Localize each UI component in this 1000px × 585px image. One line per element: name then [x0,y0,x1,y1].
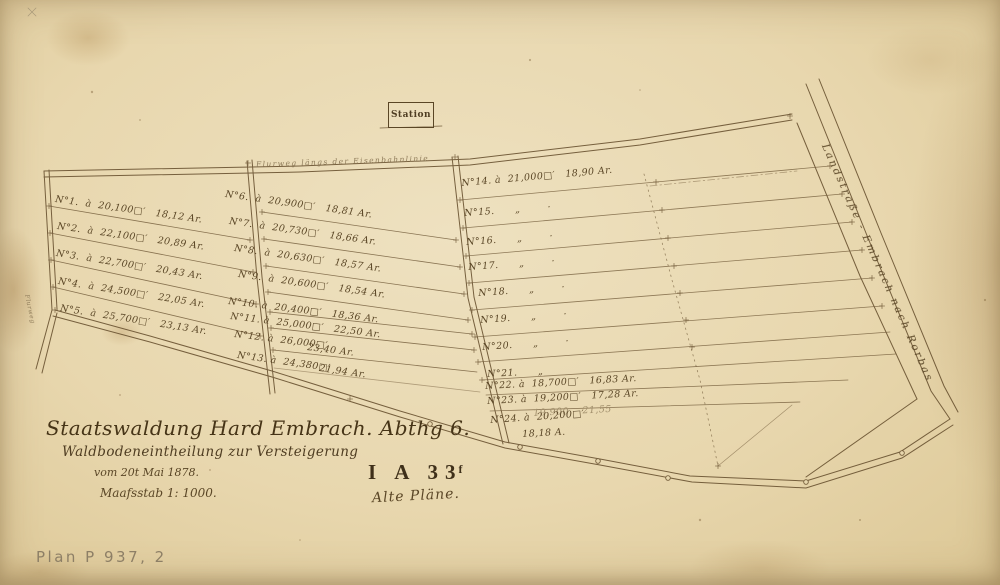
plan-title: Staatswaldung Hard Embrach. Abthg 6. [46,416,470,440]
landstrasse-road [806,79,958,419]
archive-signature: I A 33f [368,460,463,485]
plan-paper: Station Flurweg längs der Eisenbahnlinie… [0,0,1000,585]
archive-number-pencil: Plan P 937, 2 [36,548,167,566]
paper-specks [28,8,36,16]
paper-dots [91,59,986,541]
plan-subtitle: Waldbodeneintheilung zur Versteigerung [62,444,358,460]
signature-superscript: f [459,462,463,476]
plan-date: vom 20t Mai 1878. [94,466,199,479]
signature-code: I A 33 [368,460,463,484]
field-road-left [36,170,57,373]
station-label: Station [391,110,431,120]
boundary-stone-markers [428,422,905,485]
station-box: Station [388,102,434,128]
parcel-label-24-area: 18,18 A. [522,427,566,440]
plan-scale: Maafsstab 1: 1000. [100,486,217,500]
